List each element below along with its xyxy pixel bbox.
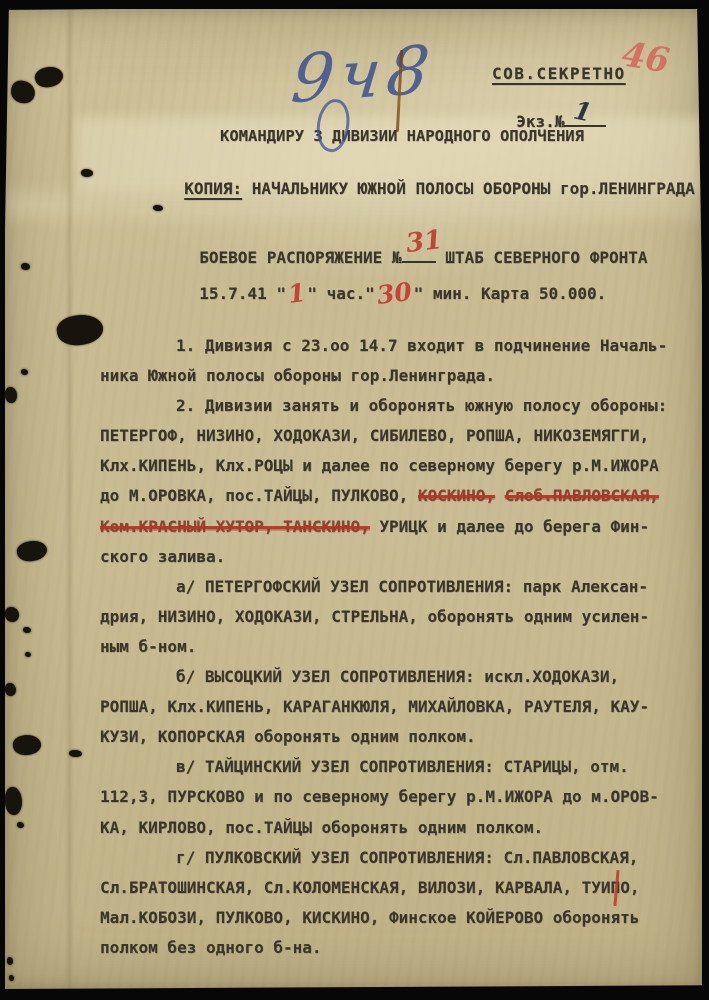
ink-stain — [55, 311, 106, 349]
body-line: 112,3, ПУРСКОВО и по северному берегу р.… — [100, 782, 670, 812]
copy-label: КОПИЯ: — [184, 179, 242, 198]
typed-text: дрия, НИЗИНО, ХОДОКАЗИ, СТРЕЛЬНА, оборон… — [100, 607, 649, 626]
ink-stain — [9, 79, 36, 105]
body-line: Мал.КОБОЗИ, ПУЛКОВО, КИСКИНО, Финское КО… — [100, 903, 670, 933]
typed-text: Мал.КОБОЗИ, ПУЛКОВО, КИСКИНО, Финское КО… — [100, 908, 639, 927]
ink-stain — [21, 263, 30, 270]
minute-handwritten: 30 — [375, 279, 413, 308]
order-date-line: 15.7.41 "1" час."30" мин. Карта 50.000. — [180, 262, 606, 306]
typed-text — [495, 486, 505, 505]
copy-number-line: Экз.№1 — [497, 92, 606, 131]
scan-edge-bottom — [0, 985, 709, 1000]
typed-text: УРИЦК и далее до берега Фин- — [370, 517, 649, 536]
body-line: полком без одного б-на. — [100, 933, 670, 963]
ink-stain — [5, 387, 17, 403]
hour-handwritten: 1 — [287, 280, 307, 307]
typed-text: РОПША, Клх.КИПЕНЬ, КАРАГАНКЮЛЯ, МИХАЙЛОВ… — [100, 697, 649, 716]
typed-text: Сл.БРАТОШИНСКАЯ, Сл.КОЛОМЕНСКАЯ, ВИЛОЗИ,… — [100, 878, 611, 897]
fold-crease-left — [68, 9, 71, 989]
date-pre: 15.7.41 " — [199, 284, 286, 303]
ink-stain — [81, 169, 93, 177]
recipient-line-2-text: НАЧАЛЬНИКУ ЮЖНОЙ ПОЛОСЫ ОБОРОНЫ гор.ЛЕНИ… — [242, 179, 695, 198]
typed-text: б/ ВЫСОЦКИЙ УЗЕЛ СОПРОТИВЛЕНИЯ: искл.ХОД… — [176, 667, 619, 686]
typed-text: КА, КИРЛОВО, пос.ТАЙЦЫ оборонять одним п… — [100, 818, 543, 837]
body-line: РОПША, Клх.КИПЕНЬ, КАРАГАНКЮЛЯ, МИХАЙЛОВ… — [100, 692, 670, 722]
typed-text: 112,3, ПУРСКОВО и по северному берегу р.… — [100, 787, 659, 806]
typed-text: КУЗИ, КОПОРСКАЯ оборонять одним полком. — [100, 727, 476, 746]
ink-stain — [9, 975, 14, 981]
ink-stain — [23, 627, 31, 633]
ink-stain — [153, 205, 163, 211]
body-line: КА, КИРЛОВО, пос.ТАЙЦЫ оборонять одним п… — [100, 813, 670, 843]
ink-stain — [21, 369, 28, 375]
body-line: КУЗИ, КОПОРСКАЯ оборонять одним полком. — [100, 722, 670, 752]
body-line: Клх.КИПЕНЬ, Клх.РОЦЫ и далее по северном… — [100, 451, 670, 481]
recipient-line-1: КОМАНДИРУ 3 ДИВИЗИИ НАРОДНОГО ОПОЛЧЕНИЯ — [220, 127, 584, 145]
blue-registration-mark: 9ч8 — [288, 31, 439, 119]
body-line: Сл.БРАТОШИНСКАЯ, Сл.КОЛОМЕНСКАЯ, ВИЛОЗИ,… — [100, 873, 670, 903]
red-marked-letter: П — [611, 873, 621, 903]
typed-text: в/ ТАЙЦИНСКИЙ УЗЕЛ СОПРОТИВЛЕНИЯ: СТАРИЦ… — [176, 757, 629, 776]
typed-text: до М.ОРОВКА, пос.ТАЙЦЫ, ПУЛКОВО, — [100, 486, 418, 505]
body-line: ника Южной полосы обороны гор.Ленинграда… — [100, 361, 670, 391]
typed-text: О, — [620, 878, 639, 897]
body-line: дрия, НИЗИНО, ХОДОКАЗИ, СТРЕЛЬНА, оборон… — [100, 602, 670, 632]
body-line: б/ ВЫСОЦКИЙ УЗЕЛ СОПРОТИВЛЕНИЯ: искл.ХОД… — [100, 662, 670, 692]
typed-text: а/ ПЕТЕРГОФСКИЙ УЗЕЛ СОПРОТИВЛЕНИЯ: парк… — [176, 577, 648, 596]
body-line: Ком.КРАСНЫЙ ХУТОР, ТАНСКИНО, УРИЦК и дал… — [100, 512, 670, 542]
ink-stain — [12, 733, 43, 757]
ink-stain — [15, 538, 49, 564]
typed-text: ПЕТЕРГОФ, НИЗИНО, ХОДОКАЗИ, СИБИЛЕВО, РО… — [100, 426, 649, 445]
body-line: 2. Дивизии занять и оборонять южную поло… — [100, 391, 670, 421]
recipient-line-2: КОПИЯ: НАЧАЛЬНИКУ ЮЖНОЙ ПОЛОСЫ ОБОРОНЫ г… — [165, 160, 695, 198]
date-post: " мин. Карта 50.000. — [414, 284, 607, 303]
body-line: до М.ОРОВКА, пос.ТАЙЦЫ, ПУЛКОВО, КОСКИНО… — [100, 481, 670, 511]
order-number-handwritten: 31 — [404, 227, 443, 257]
copy-number-blank: 1 — [564, 111, 606, 127]
ink-stain — [5, 607, 19, 622]
typed-text: ника Южной полосы обороны гор.Ленинграда… — [100, 366, 495, 385]
typed-text: ным б-ном. — [100, 637, 196, 656]
copy-number-handwritten: 1 — [572, 96, 595, 128]
struck-through-text: КОСКИНО, — [418, 486, 495, 505]
classification-stamp: СОВ.СЕКРЕТНО — [492, 64, 626, 83]
ink-stain — [33, 64, 65, 91]
body-line: г/ ПУЛКОВСКИЙ УЗЕЛ СОПРОТИВЛЕНИЯ: Сл.ПАВ… — [100, 843, 670, 873]
typed-text: 2. Дивизии занять и оборонять южную поло… — [176, 396, 667, 415]
body-line: а/ ПЕТЕРГОФСКИЙ УЗЕЛ СОПРОТИВЛЕНИЯ: парк… — [100, 572, 670, 602]
typed-text: ского залива. — [100, 547, 225, 566]
scanned-document-page: { "colors":{"ink":"#3a352b","red_ink":"#… — [0, 0, 709, 1000]
ink-stain — [17, 822, 24, 828]
body-line: ПЕТЕРГОФ, НИЗИНО, ХОДОКАЗИ, СИБИЛЕВО, РО… — [100, 421, 670, 451]
body-line: 1. Дивизия с 23.оо 14.7 входит в подчине… — [100, 331, 670, 361]
ink-stain — [25, 652, 31, 657]
ink-stain — [7, 957, 13, 965]
struck-through-text: Слоб.ПАВЛОВСКАЯ, — [505, 486, 659, 505]
typed-text: г/ ПУЛКОВСКИЙ УЗЕЛ СОПРОТИВЛЕНИЯ: Сл.ПАВ… — [176, 848, 638, 867]
ink-stain — [69, 750, 82, 757]
order-body-text: 1. Дивизия с 23.оо 14.7 входит в подчине… — [100, 331, 670, 963]
ink-stain — [5, 787, 22, 815]
body-line: ным б-ном. — [100, 632, 670, 662]
typed-text: Клх.КИПЕНЬ, Клх.РОЦЫ и далее по северном… — [100, 456, 659, 475]
struck-through-text: Ком.КРАСНЫЙ ХУТОР, ТАНСКИНО, — [100, 517, 370, 536]
ink-stain — [5, 683, 16, 696]
date-mid: " час." — [307, 284, 374, 303]
red-page-number: 46 — [619, 35, 672, 82]
order-number-blank: 31 — [402, 247, 436, 263]
typed-text: полком без одного б-на. — [100, 938, 322, 957]
body-line: в/ ТАЙЦИНСКИЙ УЗЕЛ СОПРОТИВЛЕНИЯ: СТАРИЦ… — [100, 752, 670, 782]
typed-text: 1. Дивизия с 23.оо 14.7 входит в подчине… — [176, 336, 667, 355]
body-line: ского залива. — [100, 542, 670, 572]
